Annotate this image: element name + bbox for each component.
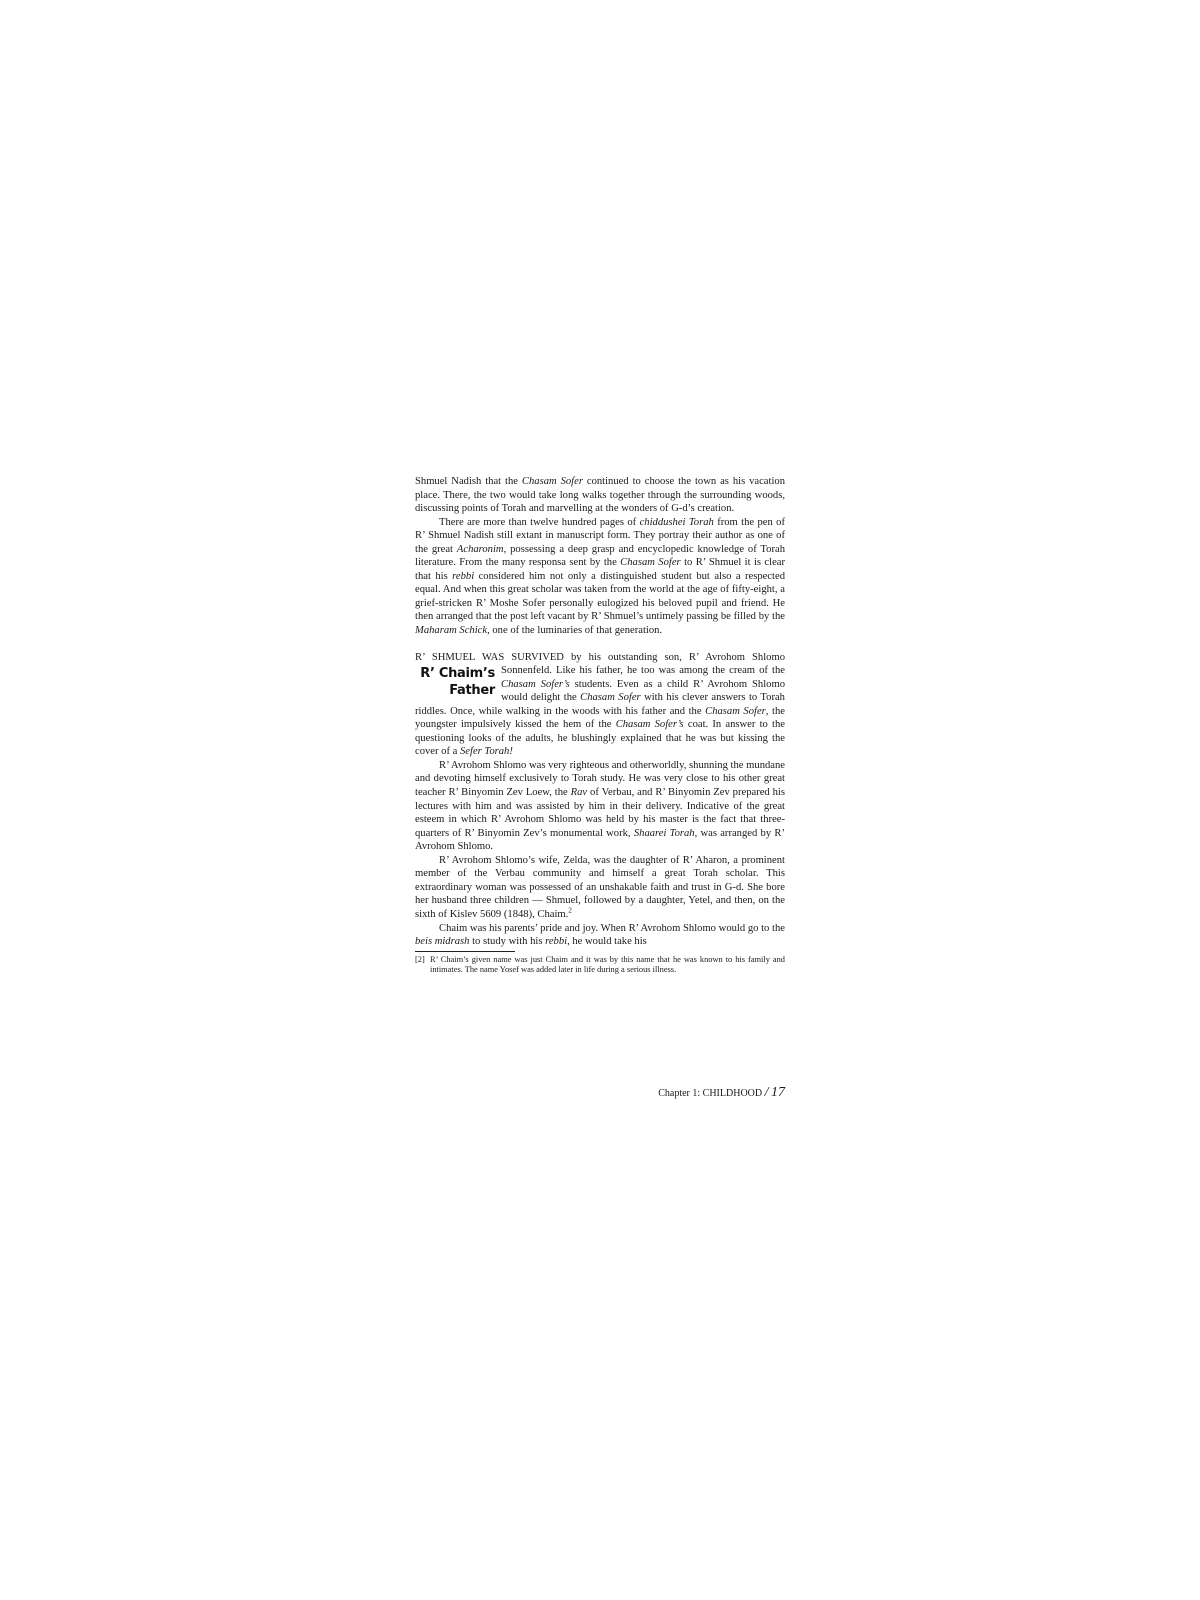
paragraph: R’ Avrohom Shlomo was very righteous and…	[415, 759, 785, 854]
running-footer: Chapter 1: CHILDHOOD / 17	[415, 1085, 785, 1101]
side-heading-line: R’ Chaim’s	[415, 665, 495, 682]
book-page-text-block: Shmuel Nadish that the Chasam Sofer cont…	[415, 475, 785, 975]
page-number: 17	[771, 1085, 785, 1100]
footnote-rule	[415, 951, 515, 952]
lead-small-caps: R’ SHMUEL WAS SURVIVED	[415, 652, 564, 663]
section-lead-paragraph: R’ SHMUEL WAS SURVIVED by his outstandin…	[415, 651, 785, 759]
paragraph: There are more than twelve hundred pages…	[415, 516, 785, 638]
paragraph: Chaim was his parents’ pride and joy. Wh…	[415, 922, 785, 949]
side-heading: R’ Chaim’sFather	[415, 665, 495, 699]
footnote: [2] R’ Chaim’s given name was just Chaim…	[415, 955, 785, 976]
section-break	[415, 638, 785, 651]
chapter-title: Chapter 1: CHILDHOOD	[658, 1088, 762, 1099]
paragraph: Shmuel Nadish that the Chasam Sofer cont…	[415, 475, 785, 516]
footnote-text: R’ Chaim’s given name was just Chaim and…	[430, 955, 785, 976]
side-heading-line: Father	[415, 682, 495, 699]
footnote-marker: [2]	[415, 955, 430, 976]
footer-separator: /	[765, 1085, 769, 1100]
paragraph: R’ Avrohom Shlomo’s wife, Zelda, was the…	[415, 854, 785, 922]
